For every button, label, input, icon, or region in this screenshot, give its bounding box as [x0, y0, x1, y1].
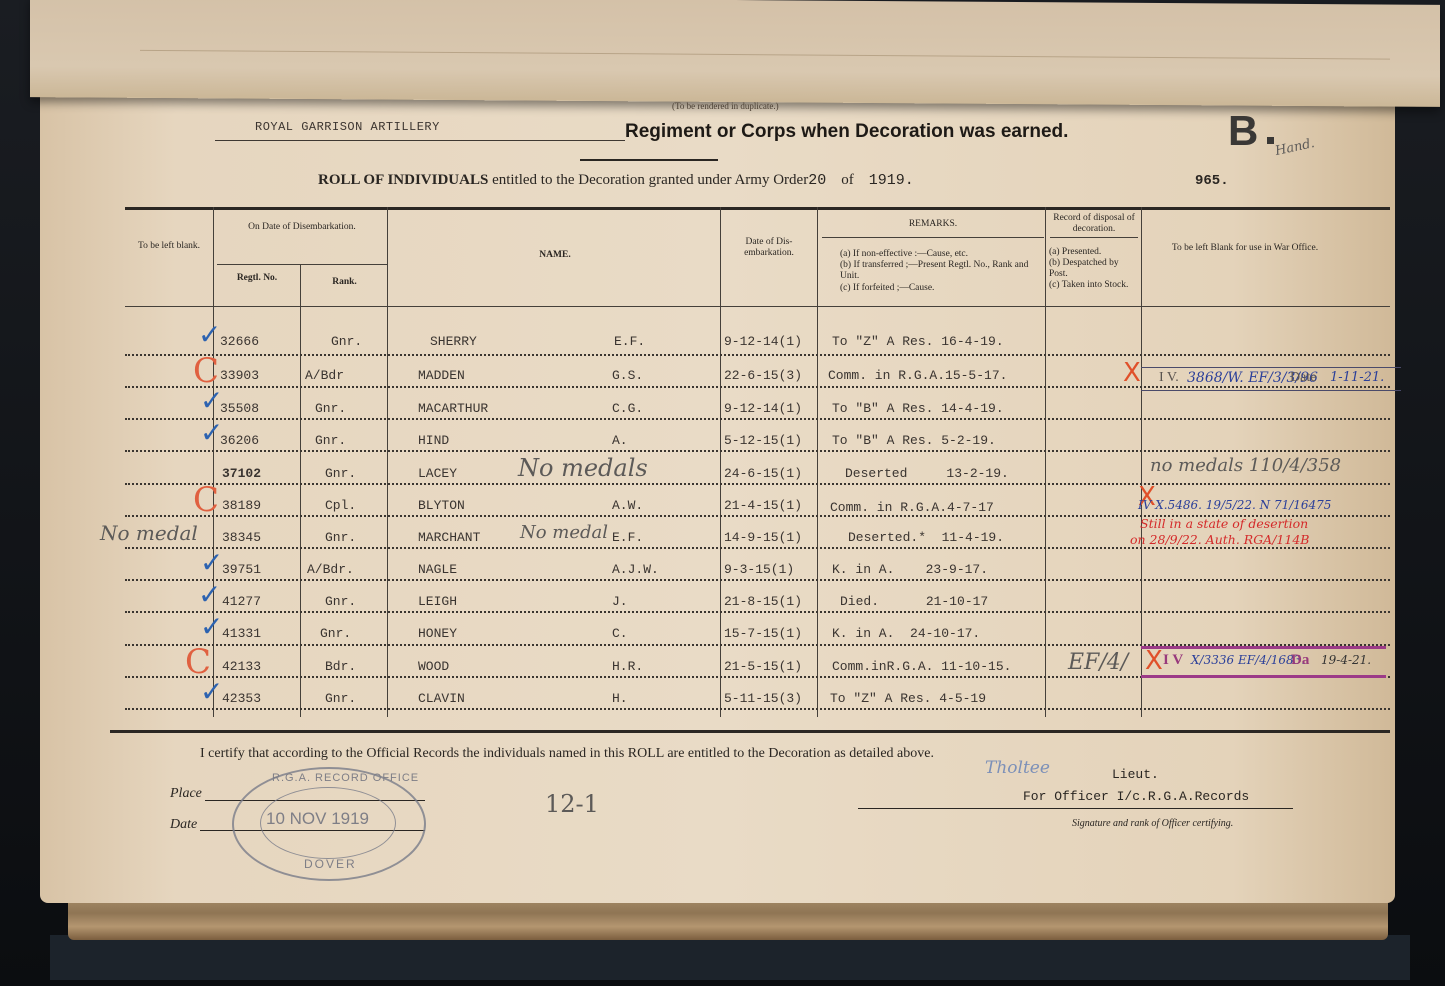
regtl-no: 38189: [222, 498, 261, 513]
surname: BLYTON: [418, 498, 465, 513]
wo-date: 1-11-21.: [1330, 370, 1384, 385]
remarks: To "B" A Res. 5-2-19.: [832, 433, 996, 448]
header-subrule: [822, 237, 1044, 238]
row-separator: [125, 708, 1390, 710]
row-separator: [125, 611, 1390, 613]
regtl-no: 38345: [222, 530, 261, 545]
roll-title: ROLL OF INDIVIDUALS entitled to the Deco…: [318, 172, 914, 189]
regtl-no: 39751: [222, 562, 261, 577]
row-separator: [125, 579, 1390, 581]
wo-date: 19-4-21.: [1321, 653, 1371, 667]
regiment-label: Regiment or Corps when Decoration was ea…: [625, 121, 1068, 143]
remarks: K. in A. 24-10-17.: [832, 626, 980, 641]
rank: Cpl.: [325, 498, 356, 513]
handwritten-no-medal-margin: No medal: [100, 521, 198, 545]
remarks: Deserted.* 11-4-19.: [848, 530, 1004, 545]
col-divider: [1141, 207, 1142, 717]
handwritten-margin-number: 12-1: [545, 790, 599, 818]
disembark-date: 22-6-15(3): [724, 368, 802, 383]
army-order-number: 20: [808, 172, 826, 189]
table-bottom-rule: [110, 730, 1390, 733]
wo-lacey-note: no medals 110/4/358: [1150, 455, 1341, 476]
table-top-rule: [125, 207, 1390, 210]
wo-print-iv: I V: [1163, 652, 1183, 669]
header-disposal-b: (b) Despatched by Post.: [1049, 258, 1139, 280]
surname: MADDEN: [418, 368, 465, 383]
col-divider: [387, 207, 388, 717]
check-mark-icon: ✓: [200, 675, 223, 708]
initials: E.F.: [612, 530, 643, 545]
record-office-stamp: R.G.A. RECORD OFFICE 10 NOV 1919 DOVER: [232, 767, 426, 881]
rank: Gnr.: [325, 530, 356, 545]
header-remarks-c: (c) If forfeited ;—Cause.: [840, 283, 1040, 294]
disembark-date: 9-3-15(1): [724, 562, 794, 577]
surname: NAGLE: [418, 562, 457, 577]
disembark-date: 9-12-14(1): [724, 334, 802, 349]
disembark-date: 21-4-15(1): [724, 498, 802, 513]
regtl-no: 37102: [222, 466, 261, 481]
roll-title-rest: entitled to the Decoration granted under…: [492, 172, 808, 188]
signature-caption: Signature and rank of Officer certifying…: [1072, 818, 1233, 829]
surname: MARCHANT: [418, 530, 480, 545]
disembark-date: 21-8-15(1): [724, 594, 802, 609]
regtl-no: 35508: [220, 401, 259, 416]
duplicate-note: (To be rendered in duplicate.): [672, 101, 779, 111]
surname: LACEY: [418, 466, 457, 481]
regtl-no: 42353: [222, 691, 261, 706]
previous-page-flap: [30, 0, 1440, 107]
check-mark-icon: ✓: [200, 546, 223, 579]
regtl-no: 36206: [220, 433, 259, 448]
rank: Gnr.: [331, 334, 362, 349]
remarks: To "B" A Res. 14-4-19.: [832, 401, 1004, 416]
war-office-entry-madden: I V. 3868/W. EF/3/3/96 Date 1-11-21.: [1141, 367, 1401, 391]
stamp-bottom-text: DOVER: [304, 857, 357, 871]
red-x-mark-icon: X: [1123, 358, 1141, 388]
row-separator: [125, 418, 1390, 420]
row-separator: [125, 354, 1390, 356]
rank: Gnr.: [315, 433, 346, 448]
handwritten-no-medal-name: No medal: [520, 522, 608, 543]
wo-print-iv: I V.: [1159, 370, 1179, 386]
disembark-date: 14-9-15(1): [724, 530, 802, 545]
surname: WOOD: [418, 659, 449, 674]
header-remarks-a: (a) If non-effective :—Cause, etc.: [840, 249, 1040, 260]
header-war-office: To be left Blank for use in War Office.: [1165, 243, 1325, 254]
remarks: To "Z" A Res. 16-4-19.: [832, 334, 1004, 349]
for-officer-line: For Officer I/c.R.G.A.Records: [1023, 789, 1249, 804]
remarks: Comm.inR.G.A. 11-10-15.: [832, 659, 1011, 674]
header-subrule: [1050, 237, 1138, 238]
col-divider: [817, 207, 818, 717]
header-name: NAME.: [390, 250, 720, 261]
surname: LEIGH: [418, 594, 457, 609]
roll-title-bold: ROLL OF INDIVIDUALS: [318, 172, 488, 188]
disembark-date: 9-12-14(1): [724, 401, 802, 416]
header-subrule: [217, 264, 387, 265]
disembark-date: 5-12-15(1): [724, 433, 802, 448]
initials: H.: [612, 691, 628, 706]
wo-blyton-ref: IV X.5486. 19/5/22. N 71/16475: [1138, 498, 1331, 512]
handwritten-disposal-ref: EF/4/: [1068, 650, 1128, 675]
place-label: Place: [170, 786, 202, 802]
rank: A/Bdr: [305, 368, 344, 383]
header-date-disembarkation: Date of Dis- embarkation.: [723, 237, 815, 259]
col-divider: [720, 207, 721, 717]
disembark-date: 21-5-15(1): [724, 659, 802, 674]
officer-rank: Lieut.: [1112, 767, 1159, 782]
remarks: K. in A. 23-9-17.: [832, 562, 988, 577]
rank: Gnr.: [320, 626, 351, 641]
regtl-no: 33903: [220, 368, 259, 383]
initials: C.: [612, 626, 628, 641]
initials: A.: [612, 433, 628, 448]
initials: G.S.: [612, 368, 643, 383]
check-mark-icon: ✓: [198, 318, 221, 351]
check-mark-icon: ✓: [200, 610, 223, 643]
flap-faint-rule: [140, 50, 1390, 60]
roll-number: 965.: [1195, 173, 1229, 189]
header-disposal: Record of disposal of decoration.: [1047, 213, 1141, 235]
disembark-date: 5-11-15(3): [724, 691, 802, 706]
certification-text: I certify that according to the Official…: [200, 746, 934, 762]
handwritten-no-medals: No medals: [518, 454, 648, 482]
regiment-value: ROYAL GARRISON ARTILLERY: [255, 120, 440, 134]
of-label: of: [841, 172, 854, 188]
col-divider: [300, 264, 301, 717]
officer-signature: Tholtee: [985, 758, 1050, 778]
form-letter: B: [1228, 107, 1258, 155]
signature-line: [858, 808, 1293, 809]
header-rank: Rank.: [302, 277, 387, 288]
rank: Gnr.: [325, 594, 356, 609]
regtl-no: 42133: [222, 659, 261, 674]
rank: A/Bdr.: [307, 562, 354, 577]
rank: Bdr.: [325, 659, 356, 674]
surname: SHERRY: [430, 334, 477, 349]
rank: Gnr.: [325, 466, 356, 481]
date-label: Date: [170, 817, 197, 833]
surname: CLAVIN: [418, 691, 465, 706]
header-remarks-b: (b) If transferred ;—Present Regtl. No.,…: [840, 260, 1040, 282]
wo-date-label: Date: [1290, 370, 1316, 386]
disembark-date: 15-7-15(1): [724, 626, 802, 641]
initials: C.G.: [612, 401, 643, 416]
col-divider: [1045, 207, 1046, 717]
regtl-no: 32666: [220, 334, 259, 349]
circled-c-mark-icon: C: [193, 480, 219, 520]
regiment-underline: [215, 140, 625, 141]
surname: HIND: [418, 433, 449, 448]
surname: HONEY: [418, 626, 457, 641]
header-on-date: On Date of Disembarkation.: [217, 222, 387, 233]
header-remarks: REMARKS.: [822, 219, 1044, 230]
remarks: Deserted 13-2-19.: [845, 466, 1009, 481]
war-office-entry-wood: I V X/3336 EF/4/1683. Da 19-4-21.: [1141, 646, 1386, 678]
header-left-blank: To be left blank.: [125, 241, 213, 252]
initials: E.F.: [614, 334, 645, 349]
stamp-top-text: R.G.A. RECORD OFFICE: [272, 772, 419, 784]
initials: J.: [612, 594, 628, 609]
remarks: Comm. in R.G.A.15-5-17.: [828, 368, 1007, 383]
wo-desertion-note-1: Still in a state of desertion: [1140, 516, 1308, 531]
row-separator: [125, 483, 1390, 485]
roll-year: 1919.: [869, 172, 914, 189]
regtl-no: 41331: [222, 626, 261, 641]
book-cover-cloth: [50, 935, 1410, 980]
remarks: To "Z" A Res. 4-5-19: [830, 691, 986, 706]
initials: H.R.: [612, 659, 643, 674]
wo-desertion-note-2: on 28/9/22. Auth. RGA/114B: [1130, 532, 1309, 547]
disembark-date: 24-6-15(1): [724, 466, 802, 481]
regtl-no: 41277: [222, 594, 261, 609]
remarks: Died. 21-10-17: [840, 594, 988, 609]
form-letter-dot: [1267, 137, 1274, 144]
header-bottom-rule: [125, 306, 1390, 307]
row-separator: [125, 450, 1390, 452]
rank: Gnr.: [315, 401, 346, 416]
remarks: Comm. in R.G.A.4-7-17: [830, 500, 994, 515]
header-disposal-a: (a) Presented.: [1049, 247, 1139, 258]
wo-date-label: Da: [1291, 652, 1309, 669]
surname: MACARTHUR: [418, 401, 488, 416]
rank: Gnr.: [325, 691, 356, 706]
header-regtl-no: Regtl. No.: [217, 273, 297, 284]
initials: A.W.: [612, 498, 643, 513]
wo-hand-ref: X/3336 EF/4/1683.: [1191, 653, 1305, 667]
title-rule: [580, 159, 718, 161]
initials: A.J.W.: [612, 562, 659, 577]
stamp-date: 10 NOV 1919: [266, 809, 369, 829]
row-separator: [125, 547, 1390, 549]
header-disposal-c: (c) Taken into Stock.: [1049, 280, 1139, 291]
check-mark-icon: ✓: [198, 578, 221, 611]
